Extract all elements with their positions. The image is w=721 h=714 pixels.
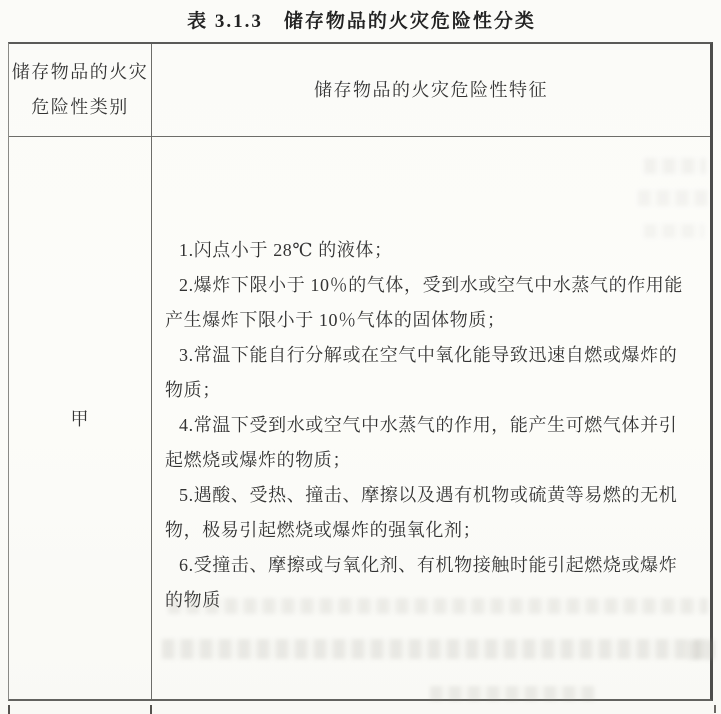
characteristics-cell: 1.闪点小于 28℃ 的液体； 2.爆炸下限小于 10％的气体，受到水或空气中水… — [152, 137, 710, 699]
header-characteristics-label: 储存物品的火灾危险性特征 — [314, 73, 548, 108]
header-category-line2: 危险性类别 — [31, 90, 129, 125]
next-row-divider-stub — [150, 705, 152, 714]
table-header-row: 储存物品的火灾 危险性类别 储存物品的火灾危险性特征 — [9, 44, 710, 137]
characteristic-item: 2.爆炸下限小于 10％的气体，受到水或空气中水蒸气的作用能产生爆炸下限小于 1… — [165, 268, 694, 338]
scanned-document-page: 表 3.1.3 储存物品的火灾危险性分类 储存物品的火灾 危险性类别 储存物品的… — [0, 0, 721, 714]
header-category-line1: 储存物品的火灾 — [12, 55, 149, 90]
characteristic-item: 1.闪点小于 28℃ 的液体； — [165, 233, 694, 268]
category-label: 甲 — [71, 405, 90, 431]
characteristic-item: 5.遇酸、受热、撞击、摩擦以及遇有机物或硫黄等易燃的无机物，极易引起燃烧或爆炸的… — [165, 478, 694, 548]
category-cell: 甲 — [9, 137, 152, 699]
table-row-category-jia: 甲 1.闪点小于 28℃ 的液体； 2.爆炸下限小于 10％的气体，受到水或空气… — [9, 137, 710, 699]
fire-hazard-classification-table: 储存物品的火灾 危险性类别 储存物品的火灾危险性特征 甲 1.闪点小于 28℃ … — [8, 42, 713, 701]
header-cell-category: 储存物品的火灾 危险性类别 — [9, 44, 152, 136]
table-title: 表 3.1.3 储存物品的火灾危险性分类 — [8, 6, 715, 33]
header-cell-characteristics: 储存物品的火灾危险性特征 — [152, 44, 710, 136]
next-row-right-border-stub — [714, 705, 716, 713]
characteristic-item: 3.常温下能自行分解或在空气中氧化能导致迅速自燃或爆炸的物质； — [165, 338, 694, 408]
next-row-left-border-stub — [8, 705, 10, 714]
characteristic-item: 6.受撞击、摩擦或与氧化剂、有机物接触时能引起燃烧或爆炸的物质 — [165, 548, 694, 618]
characteristic-item: 4.常温下受到水或空气中水蒸气的作用，能产生可燃气体并引起燃烧或爆炸的物质； — [165, 408, 694, 478]
